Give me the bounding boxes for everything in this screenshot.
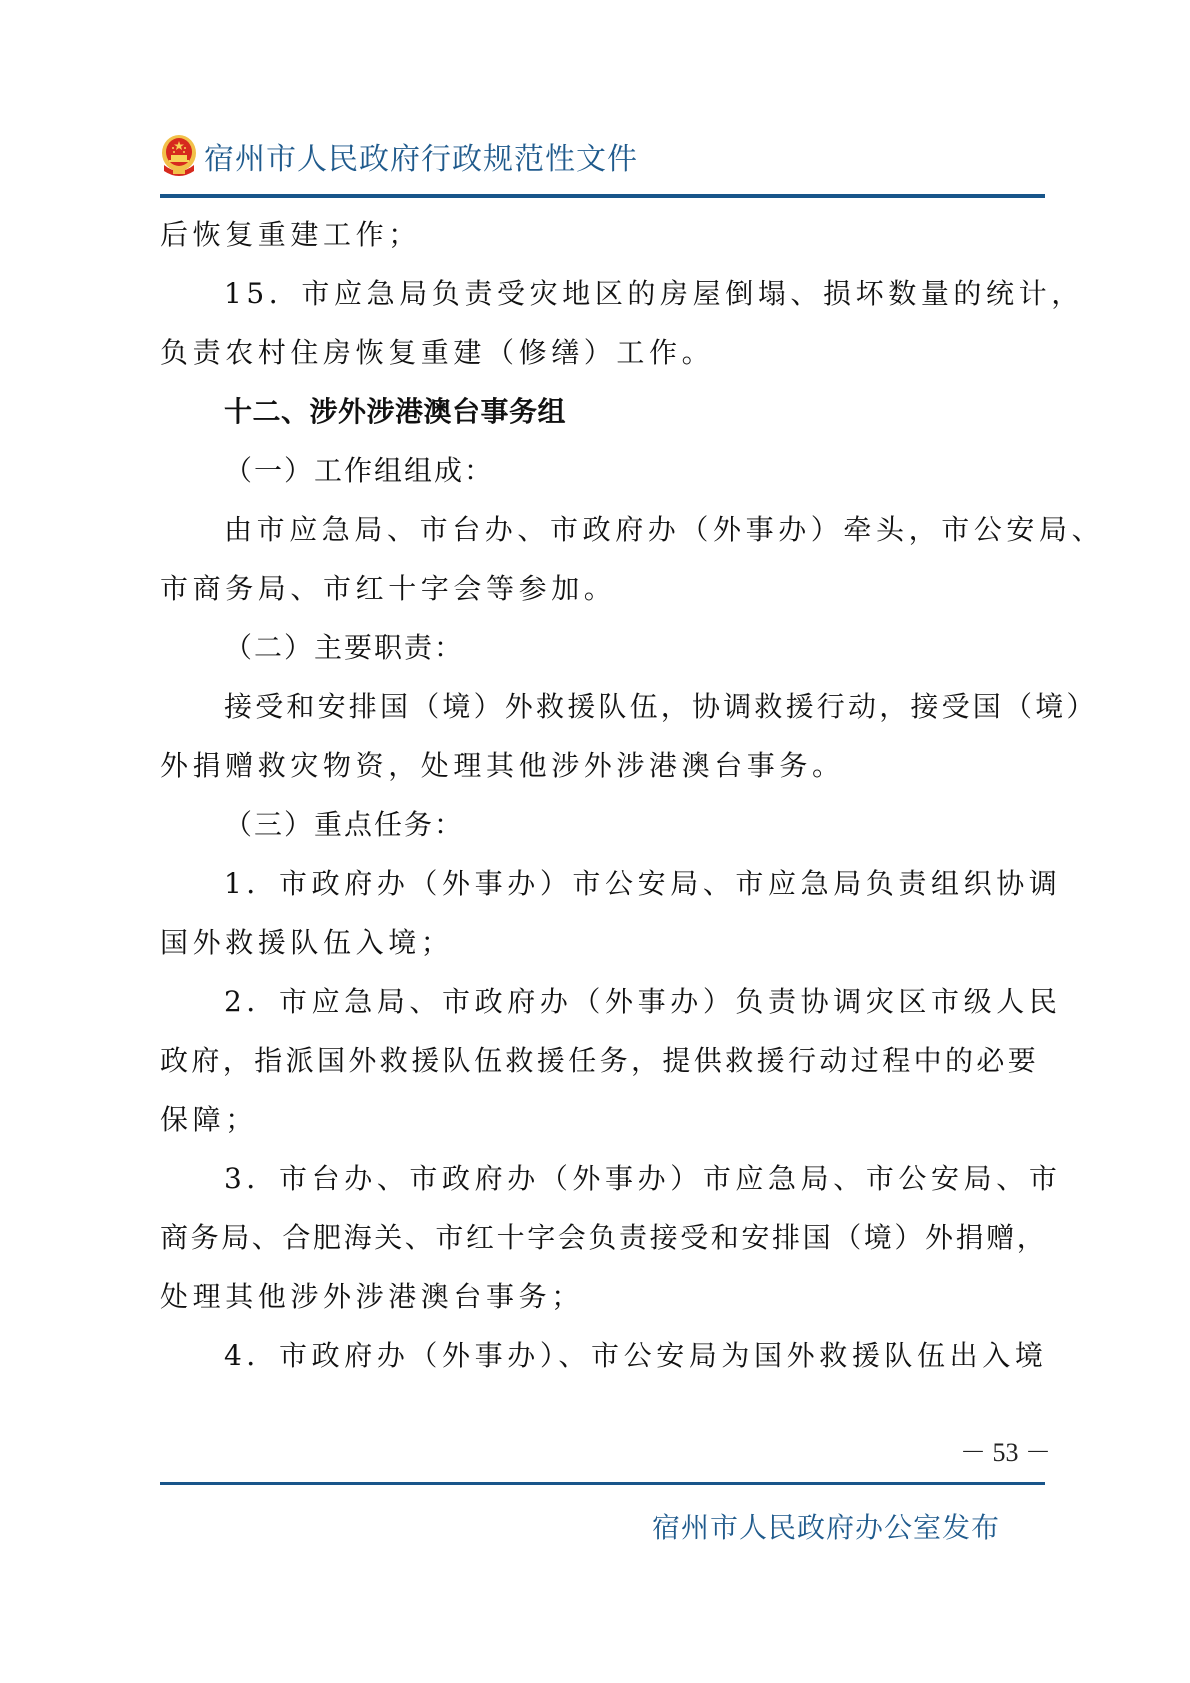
header-divider [160, 194, 1045, 198]
document-header: 宿州市人民政府行政规范性文件 [160, 128, 638, 184]
footer-divider [160, 1482, 1045, 1485]
footer-publisher: 宿州市人民政府办公室发布 [652, 1506, 1000, 1546]
text-line: 后恢复重建工作； [160, 205, 1045, 264]
text-line: 负责农村住房恢复重建（修缮）工作。 [160, 323, 1045, 382]
section-heading: 十二、涉外涉港澳台事务组 [160, 382, 1045, 441]
text-line: 商务局、合肥海关、市红十字会负责接受和安排国（境）外捐赠， [160, 1208, 1045, 1267]
header-title: 宿州市人民政府行政规范性文件 [204, 134, 638, 178]
text-line: 2．市应急局、市政府办（外事办）负责协调灾区市级人民 [160, 972, 1045, 1031]
national-emblem-icon [160, 133, 198, 179]
text-line: 市商务局、市红十字会等参加。 [160, 559, 1045, 618]
text-line: 保障； [160, 1090, 1045, 1149]
text-line: 15．市应急局负责受灾地区的房屋倒塌、损坏数量的统计， [160, 264, 1045, 323]
subsection-heading: （三）重点任务： [160, 795, 1045, 854]
document-body: 后恢复重建工作； 15．市应急局负责受灾地区的房屋倒塌、损坏数量的统计， 负责农… [160, 205, 1045, 1385]
subsection-heading: （二）主要职责： [160, 618, 1045, 677]
text-line: 外捐赠救灾物资，处理其他涉外涉港澳台事务。 [160, 736, 1045, 795]
text-line: 接受和安排国（境）外救援队伍，协调救援行动，接受国（境） [160, 677, 1045, 736]
subsection-heading: （一）工作组组成： [160, 441, 1045, 500]
text-line: 政府，指派国外救援队伍救援任务，提供救援行动过程中的必要 [160, 1031, 1045, 1090]
text-line: 处理其他涉外涉港澳台事务； [160, 1267, 1045, 1326]
text-line: 3．市台办、市政府办（外事办）市应急局、市公安局、市 [160, 1149, 1045, 1208]
text-line: 1．市政府办（外事办）市公安局、市应急局负责组织协调 [160, 854, 1045, 913]
text-line: 由市应急局、市台办、市政府办（外事办）牵头，市公安局、 [160, 500, 1045, 559]
text-line: 4．市政府办（外事办）、市公安局为国外救援队伍出入境 [160, 1326, 1045, 1385]
text-line: 国外救援队伍入境； [160, 913, 1045, 972]
page-number: － 53 － [960, 1432, 1051, 1469]
